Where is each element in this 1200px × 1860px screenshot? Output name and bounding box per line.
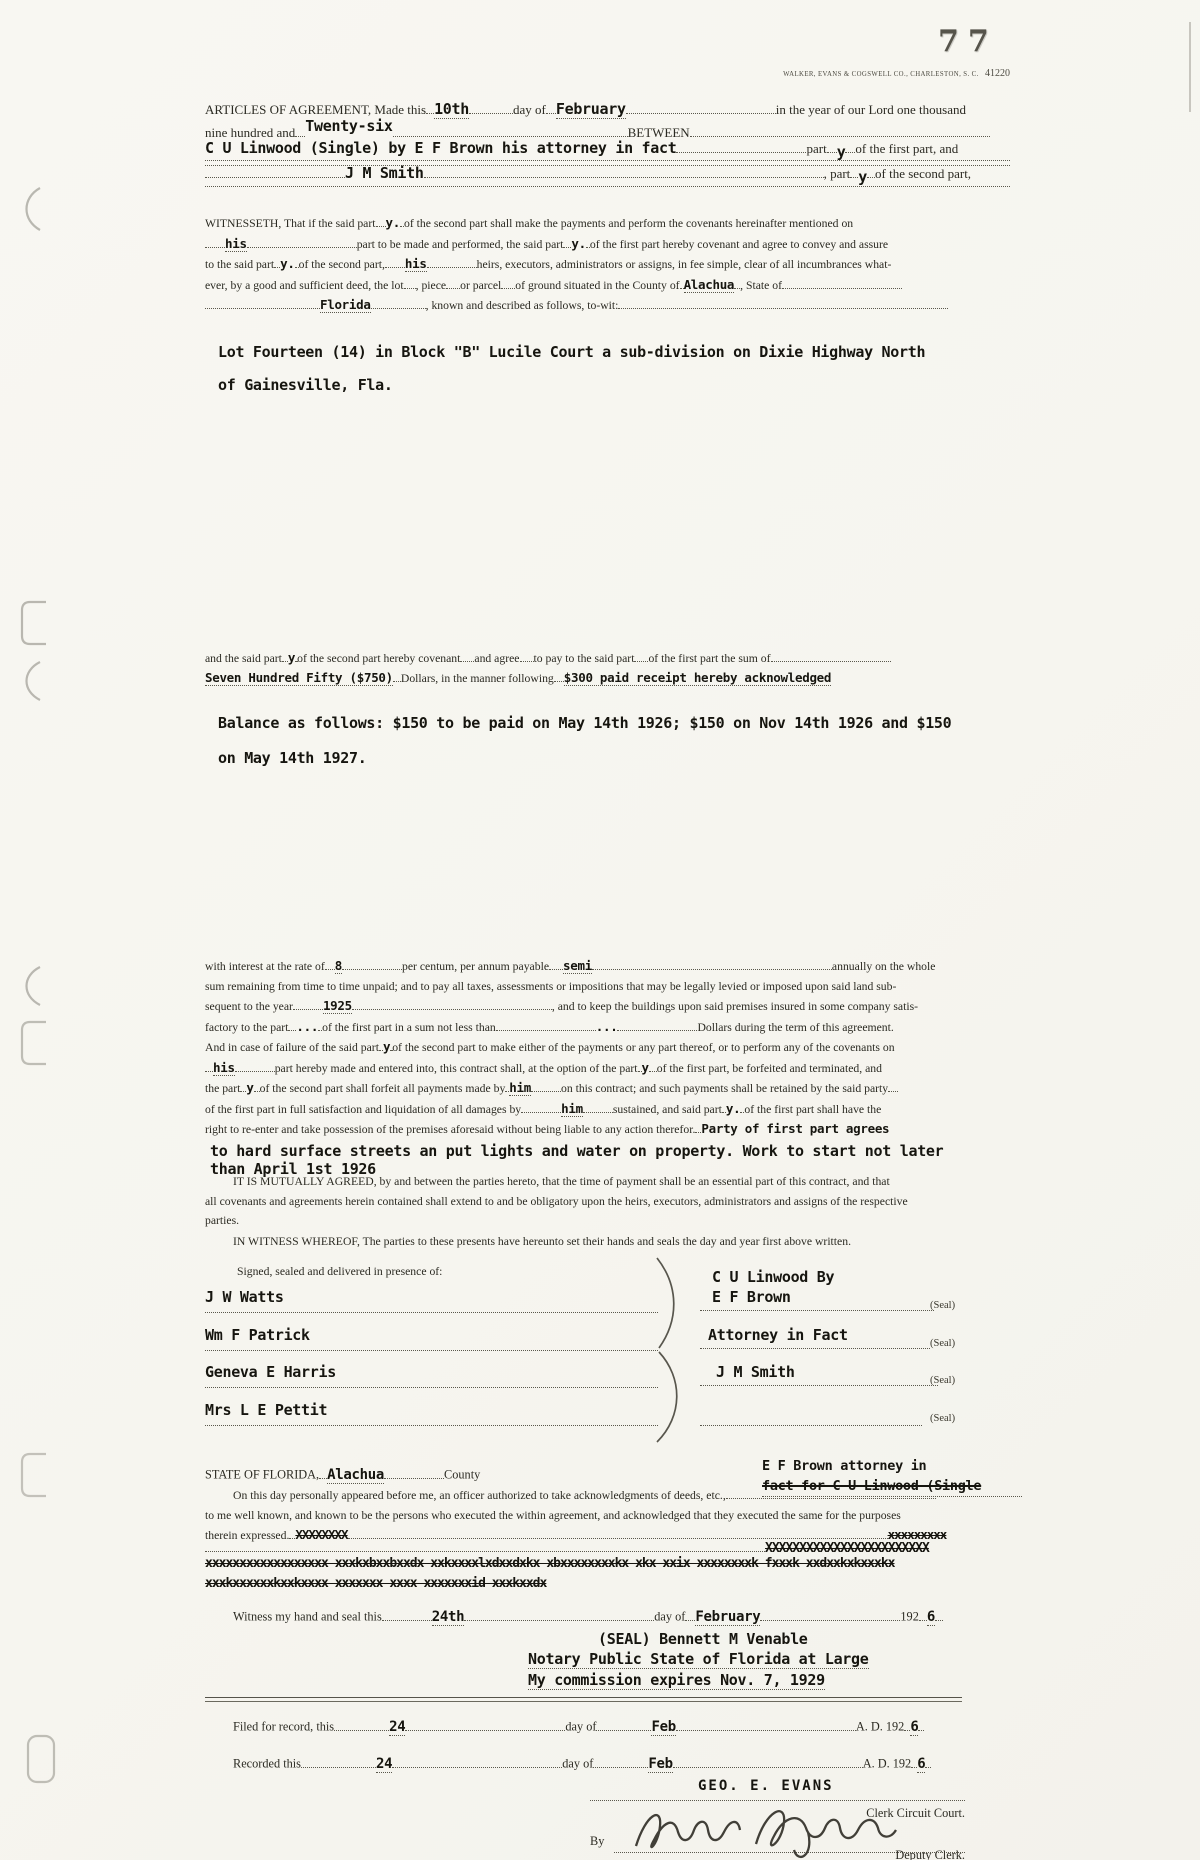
dotted-leader (592, 958, 832, 970)
scan-edge-artifact (1189, 22, 1191, 112)
dotted-leader (726, 1487, 936, 1499)
seal-label: (Seal) (930, 1300, 955, 1311)
dotted-leader (649, 1059, 657, 1071)
typewritten-text: 1925 (323, 998, 352, 1014)
printed-text: of the second part hereby covenant (297, 652, 460, 665)
typewritten-text: semi (563, 958, 592, 974)
printed-text: sum remaining from time to time unpaid; … (205, 980, 896, 993)
dotted-leader (531, 1080, 561, 1092)
dotted-leader (371, 297, 426, 309)
printed-text: sustained, and said part (613, 1103, 722, 1116)
typewritten-text: ... (296, 1019, 318, 1034)
printed-text: ARTICLES OF AGREEMENT, Made this (205, 102, 426, 117)
county-label: County (444, 1468, 480, 1482)
printed-text: annually on the whole (832, 960, 936, 973)
dotted-leader (404, 276, 416, 288)
witness-signature-row: Geneva E Harris (205, 1363, 658, 1388)
dotted-leader (424, 165, 824, 178)
recorded-line: Recorded this24day ofFebA. D. 1926 (205, 1755, 965, 1772)
printed-text: day of (654, 1610, 685, 1624)
printed-text: , known and described as follows, to-wit… (426, 299, 619, 312)
crossed-out-line-full: xxxxxxxxxxxxxxxxxx xxxkxbxxbxxdx xxkxxxx… (205, 1556, 1017, 1571)
dotted-leader (867, 165, 875, 178)
typewritten-text: his (405, 256, 427, 272)
printed-text: BETWEEN (628, 125, 690, 140)
typewritten-text: 6 (910, 1719, 918, 1736)
dotted-leader (618, 297, 948, 309)
seal-label: (Seal) (930, 1338, 955, 1349)
typewritten-text: y. (386, 215, 400, 230)
in-witness-clause: IN WITNESS WHEREOF, The parties to these… (205, 1232, 1015, 1252)
printer-credit-line: WALKER, EVANS & COGSWELL CO., CHARLESTON… (560, 68, 1010, 79)
clerk-signature-rule (590, 1780, 965, 1801)
printed-text: of the first part in a sum not less than (322, 1021, 496, 1034)
typewritten-text: his (225, 236, 247, 252)
party-signature-row: Attorney in Fact (700, 1326, 930, 1349)
typewritten-text: ... (596, 1019, 618, 1034)
dotted-leader (405, 1718, 565, 1731)
printed-text: of the second part, (299, 258, 385, 271)
printed-text: On this day personally appeared before m… (233, 1489, 726, 1502)
opening-line-1: ARTICLES OF AGREEMENT, Made this10thday … (205, 100, 1010, 118)
dotted-leader (446, 276, 460, 288)
dotted-leader (205, 165, 345, 178)
punch-hole-artifact (24, 1732, 60, 1786)
dotted-leader (782, 276, 902, 288)
dotted-leader (771, 650, 891, 662)
typewritten-text: Alachua (684, 277, 735, 293)
dotted-leader (235, 1059, 275, 1071)
dotted-leader (680, 276, 684, 288)
typewritten-text: y (288, 650, 295, 665)
dotted-leader (334, 1718, 389, 1731)
typewritten-text: $300 paid receipt hereby acknowledged (564, 670, 831, 686)
printed-text: to pay to the said part (534, 652, 635, 665)
interest-paragraph: with interest at the rate of8per centum,… (205, 956, 1017, 1140)
notary-seal-name: (SEAL) Bennett M Venable (598, 1630, 808, 1648)
printed-text: and the said part (205, 652, 282, 665)
dotted-leader (205, 297, 320, 309)
witness-seal-line: Witness my hand and seal this24thday ofF… (205, 1608, 965, 1625)
witness-signature-row: J W Watts (205, 1288, 658, 1313)
property-description-line-2: of Gainesville, Fla. (218, 369, 998, 402)
dotted-leader (634, 650, 648, 662)
signature-presence-label: Signed, sealed and delivered in presence… (237, 1262, 442, 1282)
dotted-leader (342, 958, 402, 970)
punch-hole-artifact (18, 965, 48, 1007)
punch-hole-artifact (18, 600, 50, 646)
section-divider (205, 1697, 962, 1702)
printed-text: of the first part the sum of (648, 652, 770, 665)
notary-title-line: Notary Public State of Florida at Large (528, 1650, 869, 1669)
party-signature-row: J M Smith (700, 1363, 938, 1386)
printed-text: 192 (900, 1610, 918, 1624)
party-signature-row: E F Brown (700, 1288, 934, 1311)
printed-text: Dollars during the term of this agreemen… (697, 1021, 893, 1034)
typewritten-text: 8 (335, 958, 342, 974)
typewritten-text: y. (726, 1101, 740, 1116)
dotted-leader (247, 235, 357, 247)
typewritten-text: February (695, 1609, 760, 1626)
dotted-leader (301, 1755, 376, 1768)
printed-text: of the second part shall make the paymen… (404, 217, 853, 230)
printed-text: of the first part in full satisfaction a… (205, 1103, 521, 1116)
county-fill: Alachua (327, 1467, 384, 1484)
dotted-leader (673, 1755, 863, 1768)
printed-text: of the second part, (875, 166, 971, 181)
printed-text: of the second part to make either of the… (392, 1041, 894, 1054)
mutual-agreement-paragraph: IT IS MUTUALLY AGREED, by and between th… (205, 1172, 1015, 1231)
witness-signature-row: Wm F Patrick (205, 1326, 658, 1351)
dotted-leader (626, 101, 776, 114)
printed-text: WITNESSETH, That if the said part (205, 217, 376, 230)
dotted-leader (464, 1608, 654, 1621)
state-label: STATE OF FLORIDA, (205, 1468, 319, 1482)
dotted-leader (554, 670, 564, 682)
dotted-leader (521, 1100, 561, 1112)
scanned-deed-page: { "page": { "number": "77", "printer": "… (0, 0, 1200, 1860)
seal-label: (Seal) (930, 1413, 955, 1424)
dotted-leader (393, 670, 401, 682)
printed-text: Witness my hand and seal this (233, 1610, 382, 1624)
dotted-leader (382, 1608, 432, 1621)
typewritten-text: 24 (376, 1756, 392, 1773)
crossed-out-text: XXXXXXXXXXXXXXXXXXXXXXXX (765, 1541, 929, 1556)
printed-text: per centum, per annum payable (402, 960, 549, 973)
typewritten-text: him (509, 1080, 531, 1096)
dotted-leader (496, 1018, 596, 1030)
printed-text: heirs, executors, administrators or assi… (477, 258, 892, 271)
dotted-leader (501, 276, 515, 288)
dotted-leader (520, 650, 534, 662)
typewritten-text: 24th (432, 1609, 465, 1626)
printed-text: the part (205, 1082, 240, 1095)
dotted-leader (596, 1718, 651, 1731)
typewritten-text: y (383, 1039, 390, 1054)
payment-terms-line: and the said partyof the second part her… (205, 648, 1015, 669)
printed-text: part to be made and performed, the said … (357, 238, 564, 251)
dotted-leader (546, 101, 556, 114)
dotted-leader (925, 1755, 931, 1768)
dotted-leader (460, 650, 474, 662)
typewritten-text: Feb (648, 1756, 672, 1773)
dotted-leader (352, 998, 552, 1010)
addendum-line-1: to hard surface streets an put lights an… (210, 1142, 943, 1160)
dotted-leader (295, 124, 305, 137)
party-signature-row-empty (700, 1401, 922, 1426)
typewritten-text: y (246, 1080, 253, 1095)
printed-text: , State of (740, 279, 782, 292)
punch-hole-artifact (18, 1452, 50, 1498)
typewritten-text: him (561, 1101, 583, 1117)
typewritten-text: J M Smith (345, 164, 424, 182)
printed-text: day of (513, 102, 546, 117)
dotted-leader (392, 1755, 562, 1768)
printed-text: factory to the part (205, 1021, 288, 1034)
printed-text: of the second part shall forfeit all pay… (260, 1082, 506, 1095)
printed-text: part hereby made and entered into, this … (275, 1062, 638, 1075)
printed-text: , part (824, 166, 851, 181)
mutual-line-2: all covenants and agreements herein cont… (205, 1195, 908, 1208)
typewritten-text: y (642, 1060, 649, 1075)
dotted-leader (393, 124, 628, 137)
typewritten-text: Party of first part agrees (701, 1121, 889, 1136)
property-description: Lot Fourteen (14) in Block "B" Lucile Co… (218, 336, 998, 402)
dotted-leader (376, 215, 386, 227)
notary-commission-line: My commission expires Nov. 7, 1929 (528, 1671, 825, 1690)
dotted-leader (918, 1718, 924, 1731)
printed-text: of ground situated in the County of (515, 279, 679, 292)
balance-line-1: Balance as follows: $150 to be paid on M… (218, 706, 1008, 741)
deputy-clerk-title: Deputy Clerk. (790, 1848, 965, 1860)
dotted-leader (676, 1718, 856, 1731)
typewritten-text: 6 (927, 1609, 935, 1626)
printed-text: of the first part hereby covenant and ag… (590, 238, 888, 251)
dotted-leader (205, 1059, 213, 1071)
printed-text: , and to keep the buildings upon said pr… (552, 1000, 918, 1013)
dotted-leader (427, 256, 477, 268)
by-label: By (590, 1834, 604, 1849)
printed-text: day of (562, 1757, 593, 1771)
printed-text: right to re-enter and take possession of… (205, 1123, 695, 1136)
printed-text: A. D. 192 (856, 1720, 905, 1734)
typewritten-text: y. (280, 256, 294, 271)
dotted-leader (385, 256, 405, 268)
typewritten-text: his (213, 1060, 235, 1076)
printed-text: Recorded this (233, 1757, 301, 1771)
typewritten-text: 10th (434, 100, 469, 119)
dotted-leader (549, 958, 563, 970)
printed-text: day of (565, 1720, 596, 1734)
printed-text: nine hundred and (205, 125, 295, 140)
printed-text: with interest at the rate of (205, 960, 325, 973)
typewritten-text: y (858, 168, 867, 186)
page-number: 77 (938, 24, 998, 59)
crossed-out-line-short: xxxkxxxxxxkxxkxxxx xxxxxxx xxxx xxxxxxxi… (205, 1576, 1017, 1591)
typewritten-text: Twenty-six (305, 117, 392, 135)
printed-text: A. D. 192 (863, 1757, 912, 1771)
printer-name: WALKER, EVANS & COGSWELL CO., CHARLESTON… (783, 71, 979, 78)
typewritten-text: Seven Hundred Fifty ($750) (205, 670, 393, 686)
dotted-leader (426, 101, 434, 114)
typewritten-text: 24 (389, 1719, 405, 1736)
notary-state-line: STATE OF FLORIDA,AlachuaCounty (205, 1466, 480, 1483)
payment-amount-line: Seven Hundred Fifty ($750)Dollars, in th… (205, 668, 1015, 689)
opening-line-second-party: J M Smith, partyof the second part, (205, 164, 1010, 187)
dotted-leader (888, 1080, 898, 1092)
party-signature-name-line1: C U Linwood By (712, 1268, 834, 1286)
seal-label: (Seal) (930, 1375, 955, 1386)
punch-hole-artifact (18, 660, 48, 702)
dotted-leader (205, 235, 225, 247)
printed-text: Filed for record, this (233, 1720, 334, 1734)
dotted-leader (919, 1608, 927, 1621)
dotted-leader (469, 101, 513, 114)
dotted-leader (583, 1100, 613, 1112)
dotted-leader (593, 1755, 648, 1768)
dotted-leader (293, 998, 323, 1010)
property-description-line-1: Lot Fourteen (14) in Block "B" Lucile Co… (218, 336, 998, 369)
printed-text: sequent to the year (205, 1000, 293, 1013)
printed-text: ever, by a good and sufficient deed, the… (205, 279, 404, 292)
printed-text: to me well known, and known to be the pe… (205, 1509, 901, 1522)
dotted-leader (325, 958, 335, 970)
balance-schedule: Balance as follows: $150 to be paid on M… (218, 706, 1008, 776)
balance-line-2: on May 14th 1927. (218, 741, 1008, 776)
printed-text: and agree (474, 652, 519, 665)
filed-for-record-line: Filed for record, this24day ofFebA. D. 1… (205, 1718, 965, 1735)
printed-text: in the year of our Lord one thousand (776, 102, 966, 117)
typewritten-text: February (556, 100, 626, 119)
printed-text: And in case of failure of the said part (205, 1041, 379, 1054)
crossed-out-line-right: XXXXXXXXXXXXXXXXXXXXXXXX (205, 1536, 1015, 1557)
dotted-leader (690, 124, 990, 137)
printed-text: Dollars, in the manner following (401, 672, 554, 685)
printed-text: on this contract; and such payments shal… (561, 1082, 888, 1095)
signature-brace (652, 1256, 682, 1446)
mutual-line-3: parties. (205, 1214, 239, 1227)
printed-text: to the said part (205, 258, 274, 271)
typewritten-text: Florida (320, 297, 371, 313)
printed-text: or parcel (460, 279, 501, 292)
witness-signature-row: Mrs L E Pettit (205, 1401, 658, 1426)
dotted-leader (760, 1608, 900, 1621)
printed-text: of the first part shall have the (744, 1103, 881, 1116)
dotted-leader (685, 1608, 695, 1621)
typewritten-text: Feb (651, 1719, 675, 1736)
typewritten-text: 6 (917, 1756, 925, 1773)
printed-text: , piece (416, 279, 447, 292)
typewritten-text: y. (571, 236, 585, 251)
witnesseth-paragraph: WITNESSETH, That if the said party.of th… (205, 213, 1015, 316)
punch-hole-artifact (18, 186, 48, 232)
dotted-leader (617, 1018, 697, 1030)
punch-hole-artifact (18, 1020, 50, 1066)
dotted-leader (935, 1608, 943, 1621)
mutual-line-1: IT IS MUTUALLY AGREED, by and between th… (233, 1175, 890, 1188)
printer-code: 41220 (985, 68, 1010, 79)
notary-typed-line-1: E F Brown attorney in (762, 1456, 1022, 1476)
printed-text: of the first part, be forfeited and term… (657, 1062, 882, 1075)
